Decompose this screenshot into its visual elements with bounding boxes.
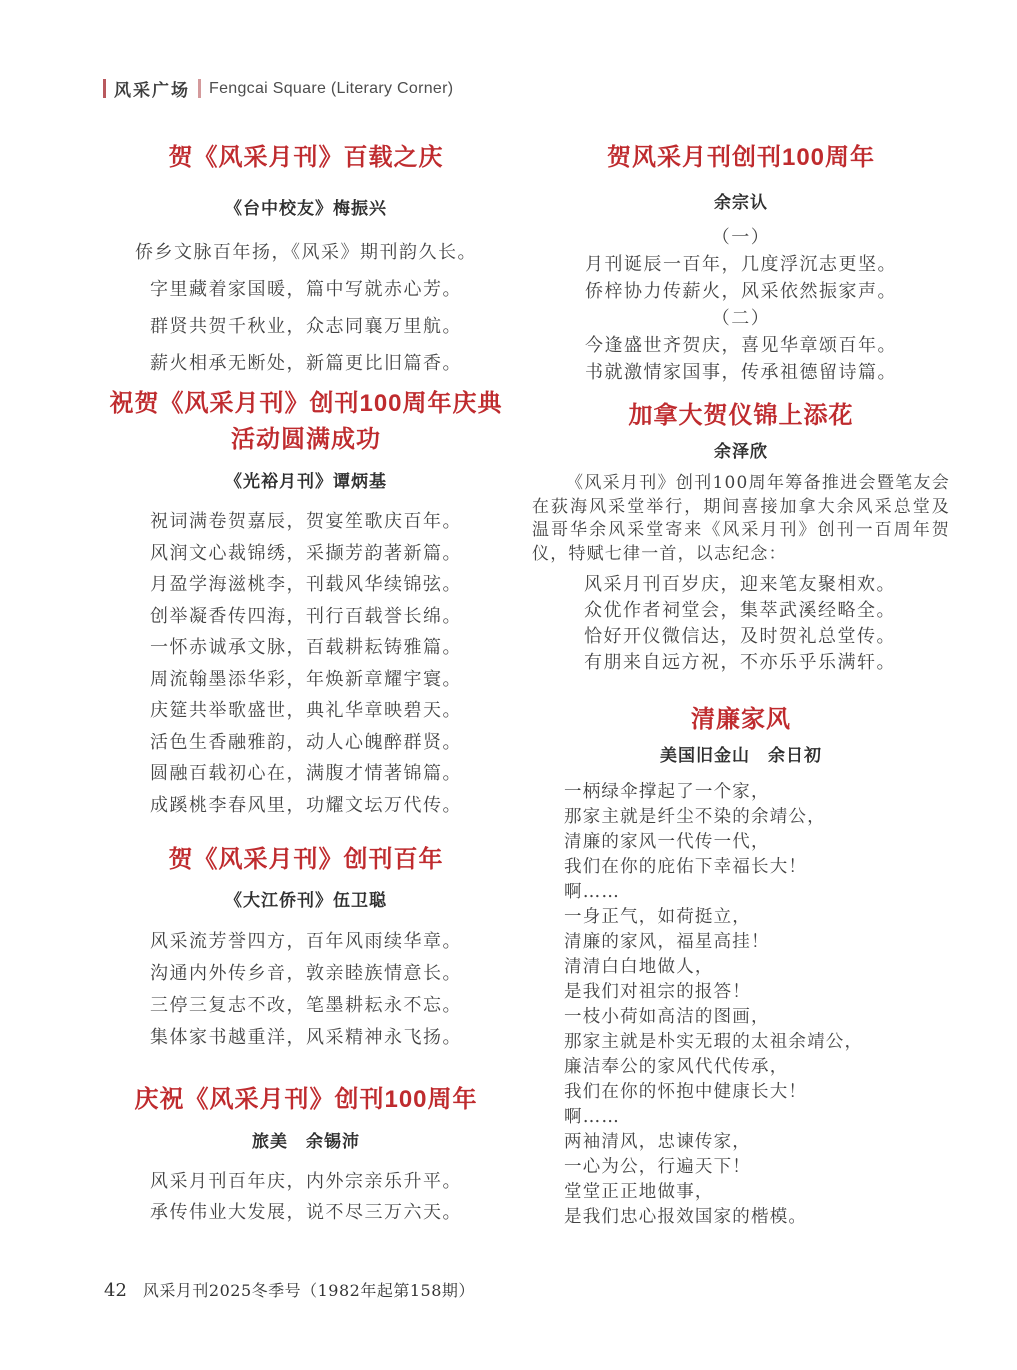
verse-line: 风采月刊百年庆，内外宗亲乐升平。 — [100, 1166, 512, 1197]
poem-author-r2: 余泽欣 — [532, 441, 950, 463]
verse-line: 薪火相承无断处，新篇更比旧篇香。 — [100, 345, 512, 382]
verse-line: 是我们对祖宗的报答！ — [564, 980, 950, 1005]
poem-author-r1: 余宗认 — [532, 192, 950, 214]
verse-line: 堂堂正正地做事， — [564, 1180, 950, 1205]
verse-line: 侨乡文脉百年扬，《风采》期刊韵久长。 — [100, 234, 512, 271]
verse-line: 三停三复志不改，笔墨耕耘永不忘。 — [100, 990, 512, 1022]
verse-line: 庆筵共举歌盛世，典礼华章映碧天。 — [100, 695, 512, 727]
poem-preface-r2: 《风采月刊》创刊100周年筹备推进会暨笔友会在荻海风采堂举行，期间喜接加拿大余风… — [532, 472, 950, 566]
verse-line: 创举凝香传四海，刊行百载誉长绵。 — [100, 601, 512, 633]
verse-line: 廉洁奉公的家风代代传承， — [564, 1055, 950, 1080]
verse-line: 今逢盛世齐贺庆，喜见华章颂百年。 — [532, 332, 950, 359]
verse-line: 集体家书越重洋，风采精神永飞扬。 — [100, 1022, 512, 1054]
verse-line: 一身正气，如荷挺立， — [564, 905, 950, 930]
verse-line: 风采月刊百岁庆，迎来笔友聚相欢。 — [584, 572, 950, 598]
poem-title-l3: 贺《风采月刊》创刊百年 — [100, 842, 512, 878]
verse-line: 群贤共贺千秋业，众志同襄万里航。 — [100, 308, 512, 345]
poem-title-r1: 贺风采月刊创刊100周年 — [532, 140, 950, 176]
verse-line: 我们在你的怀抱中健康长大！ — [564, 1080, 950, 1105]
verse-line: 清清白白地做人， — [564, 955, 950, 980]
verse-line: 一柄绿伞撑起了一个家， — [564, 780, 950, 805]
verse-line: 书就激情家国事，传承祖德留诗篇。 — [532, 359, 950, 386]
verse-line: 那家主就是纤尘不染的余靖公， — [564, 805, 950, 830]
verse-line: 一怀赤诚承文脉，百载耕耘铸雅篇。 — [100, 632, 512, 664]
verse-line: 啊…… — [564, 880, 950, 905]
verse-line: 啊…… — [564, 1105, 950, 1130]
verse-line: 我们在你的庇佑下幸福长大！ — [564, 855, 950, 880]
verse-line: 恰好开仪微信达，及时贺礼总堂传。 — [584, 624, 950, 650]
page-footer: 42 风采月刊2025冬季号（1982年起第158期） — [104, 1278, 475, 1301]
page-number: 42 — [104, 1280, 127, 1301]
verse-line: 侨梓协力传薪火，风采依然振家声。 — [532, 278, 950, 305]
verse-line: 周流翰墨添华彩，年焕新章耀宇寰。 — [100, 664, 512, 696]
verse-line: 活色生香融雅韵，动人心魄醉群贤。 — [100, 727, 512, 759]
poem-verse-l1: 侨乡文脉百年扬，《风采》期刊韵久长。 字里藏着家国暖，篇中写就赤心芳。 群贤共贺… — [100, 234, 512, 382]
magazine-page: 风采广场 Fengcai Square (Literary Corner) 贺《… — [0, 0, 1017, 1370]
poem-author-l3: 《大江侨刊》伍卫聪 — [100, 890, 512, 912]
poem-title-line: 活动圆满成功 — [100, 422, 512, 458]
verse-line: 月盈学海滋桃李，刊载风华续锦弦。 — [100, 569, 512, 601]
poem-author-r3: 美国旧金山 余日初 — [532, 745, 950, 767]
poem-author-l4: 旅美 余锡沛 — [100, 1131, 512, 1153]
verse-line: 一枝小荷如高洁的图画， — [564, 1005, 950, 1030]
poem-title-r2: 加拿大贺仪锦上添花 — [532, 398, 950, 434]
right-column: 贺风采月刊创刊100周年 余宗认 （一） 月刊诞辰一百年，几度浮沉志更坚。 侨梓… — [532, 0, 950, 1370]
poem-title-l1: 贺《风采月刊》百载之庆 — [100, 140, 512, 176]
poem-title-line: 祝贺《风采月刊》创刊100周年庆典 — [100, 386, 512, 422]
poem-title-l2: 祝贺《风采月刊》创刊100周年庆典 活动圆满成功 — [100, 386, 512, 458]
verse-line: 众优作者祠堂会，集萃武溪经略全。 — [584, 598, 950, 624]
stanza-marker: （一） — [532, 224, 950, 251]
verse-line: 清廉的家风一代传一代， — [564, 830, 950, 855]
verse-line: 沟通内外传乡音，敦亲睦族情意长。 — [100, 958, 512, 990]
poem-title-l4: 庆祝《风采月刊》创刊100周年 — [100, 1082, 512, 1118]
poem-verse-l3: 风采流芳誉四方，百年风雨续华章。 沟通内外传乡音，敦亲睦族情意长。 三停三复志不… — [100, 926, 512, 1054]
verse-line: 风润文心裁锦绣，采撷芳韵著新篇。 — [100, 538, 512, 570]
poem-verse-l4: 风采月刊百年庆，内外宗亲乐升平。 承传伟业大发展，说不尽三万六天。 — [100, 1166, 512, 1228]
verse-line: 风采流芳誉四方，百年风雨续华章。 — [100, 926, 512, 958]
poem-verse-r1: （一） 月刊诞辰一百年，几度浮沉志更坚。 侨梓协力传薪火，风采依然振家声。 （二… — [532, 224, 950, 386]
verse-line: 两袖清风，忠谏传家， — [564, 1130, 950, 1155]
verse-line: 祝词满卷贺嘉辰，贺宴笙歌庆百年。 — [100, 506, 512, 538]
poem-author-l2: 《光裕月刊》谭炳基 — [100, 471, 512, 493]
verse-line: 月刊诞辰一百年，几度浮沉志更坚。 — [532, 251, 950, 278]
poem-author-l1: 《台中校友》梅振兴 — [100, 198, 512, 220]
left-column: 贺《风采月刊》百载之庆 《台中校友》梅振兴 侨乡文脉百年扬，《风采》期刊韵久长。… — [100, 0, 512, 1370]
verse-line: 有朋来自远方祝，不亦乐乎乐满轩。 — [584, 650, 950, 676]
poem-verse-r3: 一柄绿伞撑起了一个家， 那家主就是纤尘不染的余靖公， 清廉的家风一代传一代， 我… — [532, 780, 950, 1230]
poem-title-r3: 清廉家风 — [532, 702, 950, 738]
poem-verse-r2: 风采月刊百岁庆，迎来笔友聚相欢。 众优作者祠堂会，集萃武溪经略全。 恰好开仪微信… — [532, 572, 950, 676]
verse-line: 成蹊桃李春风里，功耀文坛万代传。 — [100, 790, 512, 822]
poem-verse-l2: 祝词满卷贺嘉辰，贺宴笙歌庆百年。 风润文心裁锦绣，采撷芳韵著新篇。 月盈学海滋桃… — [100, 506, 512, 821]
verse-line: 字里藏着家国暖，篇中写就赤心芳。 — [100, 271, 512, 308]
stanza-marker: （二） — [532, 305, 950, 332]
verse-line: 那家主就是朴实无瑕的太祖余靖公， — [564, 1030, 950, 1055]
verse-line: 圆融百载初心在，满腹才情著锦篇。 — [100, 758, 512, 790]
verse-line: 清廉的家风，福星高挂！ — [564, 930, 950, 955]
verse-line: 一心为公，行遍天下！ — [564, 1155, 950, 1180]
verse-line: 是我们忠心报效国家的楷模。 — [564, 1205, 950, 1230]
verse-line: 承传伟业大发展，说不尽三万六天。 — [100, 1197, 512, 1228]
issue-info: 风采月刊2025冬季号（1982年起第158期） — [143, 1278, 475, 1301]
